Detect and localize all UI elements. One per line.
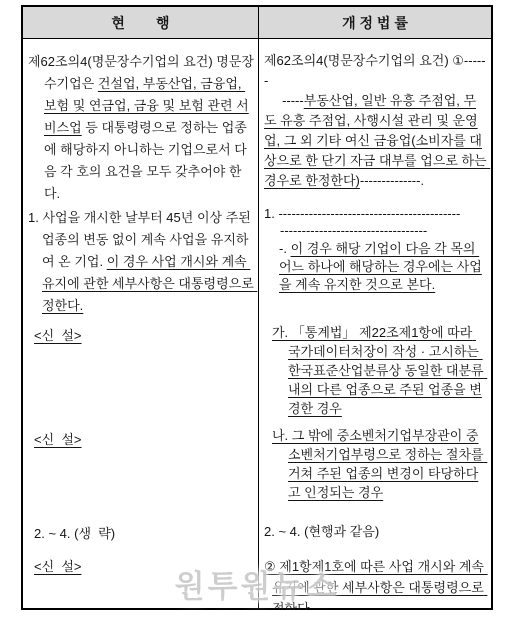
header-cell-current: 현 행 [23, 7, 259, 38]
table-header-row: 현 행 개 정 법 률 [23, 7, 491, 39]
revised-law-column: 제62조의4(명문장수기업의 요건) ①------ -----부동산업, 일반… [259, 39, 491, 610]
revised-item-1-proviso: -. 이 경우 해당 기업이 다음 각 목의 어느 하나에 해당하는 경우에는 … [279, 240, 488, 294]
table-body-row: 제62조의4(명문장수기업의 요건) 명문장수기업은 건설업, 부동산업, 금융… [23, 39, 491, 610]
revised-subitem-ga: 가. 「통계법」 제22조제1항에 따라 국가데이터처장이 작성 · 고시하는 … [272, 323, 488, 418]
revised-subitem-na: 나. 그 밖에 중소벤처기업부장관이 중소벤처기업부령으로 정하는 절차를 거쳐… [272, 426, 488, 502]
header-cell-revised: 개 정 법 률 [259, 7, 491, 38]
revised-article-paragraph: 제62조의4(명문장수기업의 요건) ①------ -----부동산업, 일반… [264, 51, 488, 191]
law-comparison-table: 현 행 개 정 법 률 제62조의4(명문장수기업의 요건) 명문장수기업은 건… [21, 5, 493, 610]
current-items-2-to-4: 2. ~ 4. (생 략) [34, 523, 255, 545]
revised-item-1-dashes: 1. -------------------------------------… [264, 205, 488, 239]
document-page: 현 행 개 정 법 률 제62조의4(명문장수기업의 요건) 명문장수기업은 건… [0, 0, 514, 624]
current-article-paragraph: 제62조의4(명문장수기업의 요건) 명문장수기업은 건설업, 부동산업, 금융… [28, 51, 255, 205]
current-new-marker-3: <신 설> [34, 556, 255, 578]
current-new-marker-1: <신 설> [34, 325, 255, 347]
revised-items-2-to-4: 2. ~ 4. (현행과 같음) [264, 522, 488, 542]
current-new-marker-2: <신 설> [34, 429, 255, 451]
current-item-1: 1. 사업을 개시한 날부터 45년 이상 주된 업종의 변동 없이 계속 사업… [28, 207, 255, 317]
revised-paragraph-2: ② 제1항제1호에 따른 사업 개시와 계속 유지에 관한 세부사항은 대통령령… [264, 556, 488, 610]
current-law-column: 제62조의4(명문장수기업의 요건) 명문장수기업은 건설업, 부동산업, 금융… [23, 39, 259, 610]
